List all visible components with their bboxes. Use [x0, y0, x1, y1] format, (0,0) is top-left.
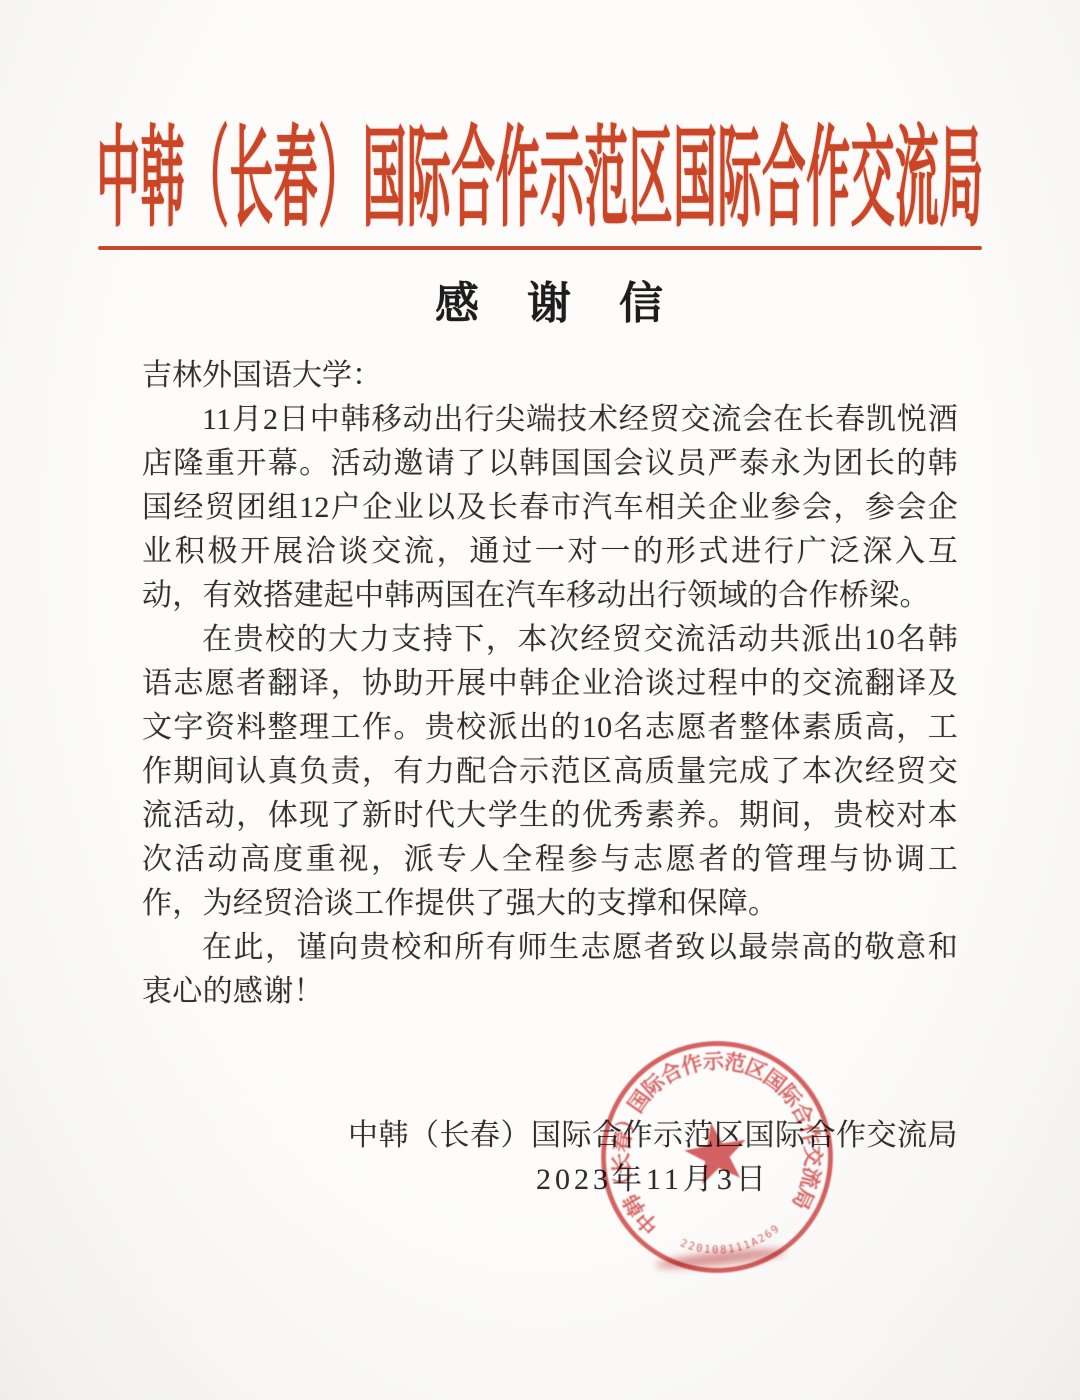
letterhead: 中韩（长春）国际合作示范区国际合作交流局	[0, 0, 1080, 250]
paragraph-2: 在贵校的大力支持下，本次经贸交流活动共派出10名韩语志愿者翻译，协助开展中韩企业…	[142, 618, 958, 926]
signature-block: 中韩（长春）国际合作示范区国际合作交流局 2023年11月3日	[142, 1114, 958, 1202]
letterhead-title-wrap: 中韩（长春）国际合作示范区国际合作交流局	[0, 96, 1080, 246]
letterhead-org-name: 中韩（长春）国际合作示范区国际合作交流局	[96, 93, 983, 249]
letter-body: 感 谢 信 吉林外国语大学： 11月2日中韩移动出行尖端技术经贸交流会在长春凯悦…	[0, 274, 1080, 1202]
paragraph-3: 在此，谨向贵校和所有师生志愿者致以最崇高的敬意和衷心的感谢！	[142, 926, 958, 1014]
letter-date: 2023年11月3日	[348, 1158, 958, 1202]
seal-code-text: 220108111A269	[677, 1220, 785, 1264]
paragraph-1: 11月2日中韩移动出行尖端技术经贸交流会在长春凯悦酒店隆重开幕。活动邀请了以韩国…	[142, 398, 958, 618]
signature-org-name: 中韩（长春）国际合作示范区国际合作交流局	[348, 1114, 958, 1158]
salutation: 吉林外国语大学：	[142, 354, 958, 398]
letter-page: 中韩（长春）国际合作示范区国际合作交流局 感 谢 信 吉林外国语大学： 11月2…	[0, 0, 1080, 1400]
letter-title: 感 谢 信	[142, 274, 958, 334]
seal-bottom-smudge	[655, 1245, 786, 1272]
signature-inner: 中韩（长春）国际合作示范区国际合作交流局 2023年11月3日	[348, 1114, 958, 1202]
